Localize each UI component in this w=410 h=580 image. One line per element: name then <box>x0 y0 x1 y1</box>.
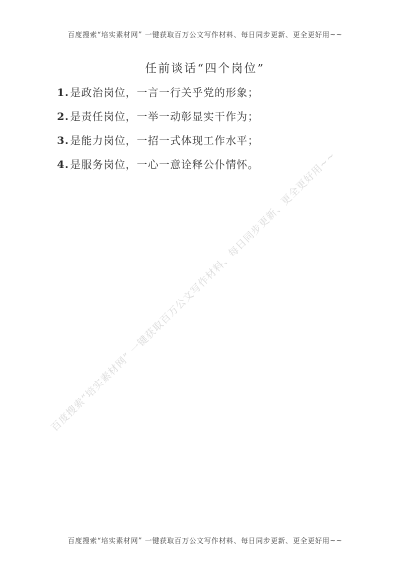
item-number: 2. <box>57 111 69 123</box>
header-promo-text: 百度搜索“培实素材网” 一键获取百万公文写作材料、每日同步更新、更全更好用~~ <box>0 30 410 40</box>
item-number: 1. <box>57 87 69 99</box>
list-item: 4.是服务岗位，一心一意诠释公仆情怀。 <box>57 159 380 172</box>
item-text: 是政治岗位，一言一行关乎党的形象； <box>70 87 259 99</box>
list-item: 3.是能力岗位，一招一式体现工作水平； <box>57 135 380 148</box>
numbered-list: 1.是政治岗位，一言一行关乎党的形象； 2.是责任岗位，一举一动彰显实干作为； … <box>57 87 380 183</box>
item-number: 3. <box>57 135 69 147</box>
item-number: 4. <box>57 159 69 171</box>
item-text: 是能力岗位，一招一式体现工作水平； <box>70 135 259 147</box>
item-text: 是服务岗位，一心一意诠释公仆情怀。 <box>70 159 259 171</box>
item-text: 是责任岗位，一举一动彰显实干作为； <box>70 111 259 123</box>
list-item: 2.是责任岗位，一举一动彰显实干作为； <box>57 111 380 124</box>
footer-promo-text: 百度搜索“培实素材网” 一键获取百万公文写作材料、每日同步更新、更全更好用~~ <box>0 536 410 546</box>
list-item: 1.是政治岗位，一言一行关乎党的形象； <box>57 87 380 100</box>
page-title: 任前谈话“四个岗位” <box>0 60 410 76</box>
diagonal-watermark-text: 百度搜索“培实素材网” 一键获取百万公文写作材料、每日同步更新、更全更好用~~ <box>47 147 338 434</box>
document-page: 百度搜索“培实素材网” 一键获取百万公文写作材料、每日同步更新、更全更好用~~ … <box>0 0 410 580</box>
